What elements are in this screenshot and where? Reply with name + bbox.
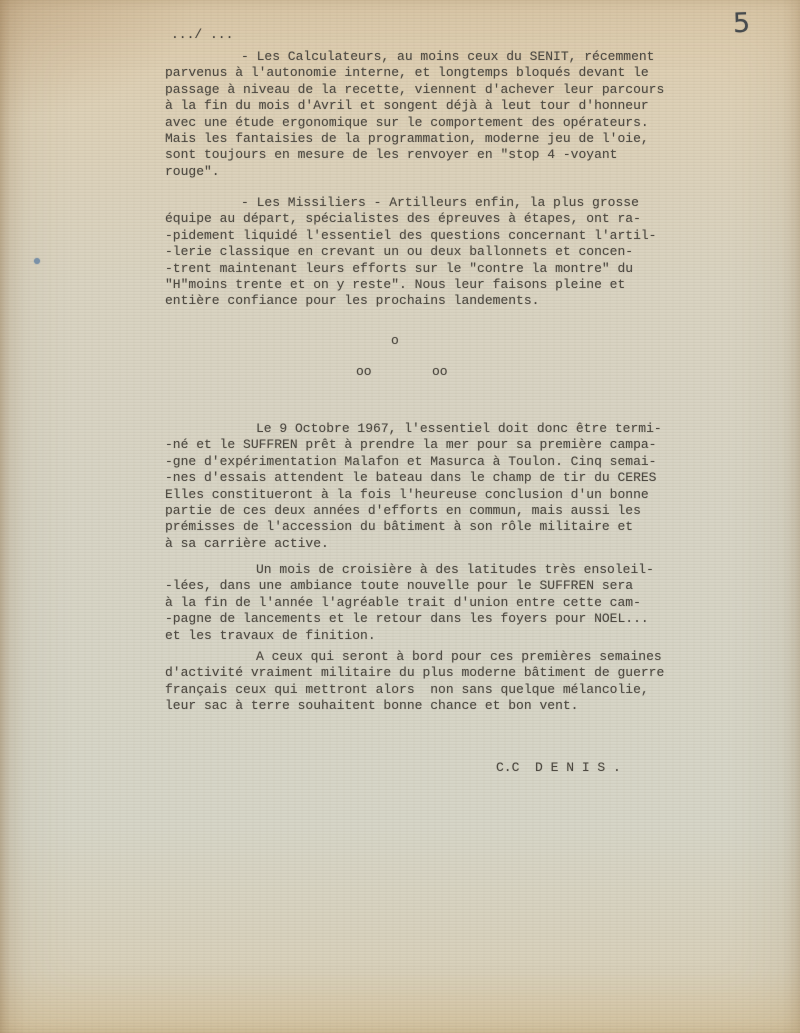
paragraph-bon-vent: A ceux qui seront à bord pour ces premiè…: [165, 649, 685, 715]
continuation-mark: .../ ...: [171, 27, 233, 43]
document-page: .../ ... 5 - Les Calculateurs, au moins …: [0, 0, 800, 1033]
section-separator-right: oo: [432, 364, 448, 380]
paragraph-missiliers: - Les Missiliers - Artilleurs enfin, la …: [165, 195, 685, 310]
paragraph-calculateurs: - Les Calculateurs, au moins ceux du SEN…: [165, 49, 685, 180]
section-separator-left: oo: [356, 364, 372, 380]
page-number: 5: [732, 8, 750, 40]
paragraph-croisiere: Un mois de croisière à des latitudes trè…: [165, 562, 685, 644]
signature: C.C D E N I S .: [496, 760, 621, 776]
paragraph-octobre-1967: Le 9 Octobre 1967, l'essentiel doit donc…: [165, 421, 685, 552]
section-separator-top: o: [391, 333, 399, 349]
margin-ink-dot: [34, 258, 40, 264]
